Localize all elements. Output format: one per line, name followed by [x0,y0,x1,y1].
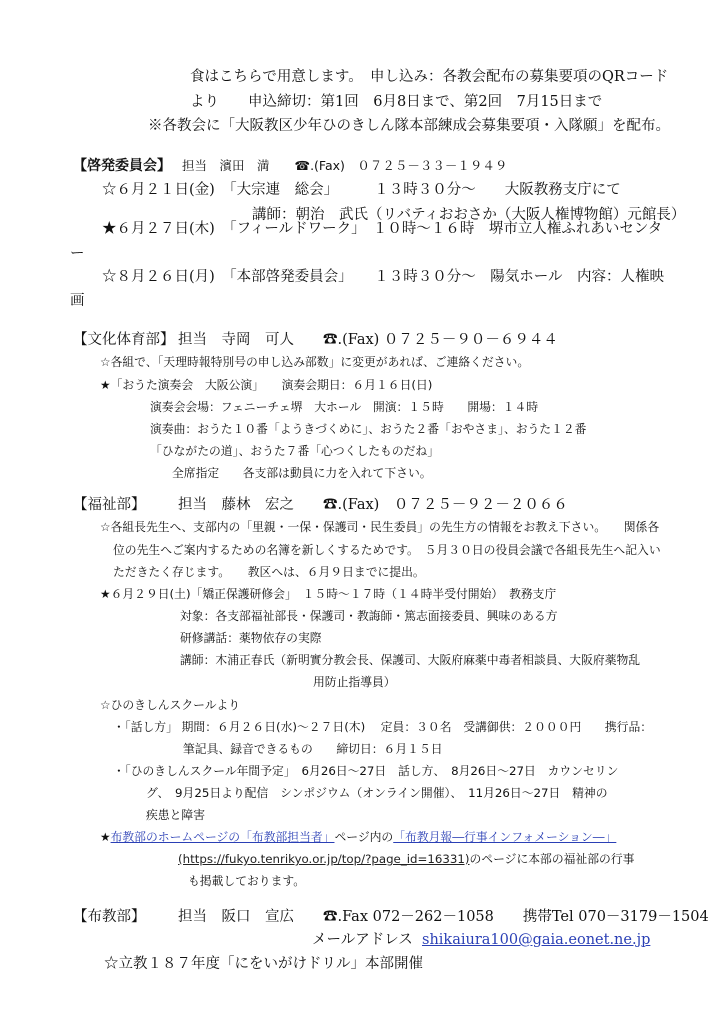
bunka-item: 全席指定 各支部は動員に力を入れて下さい。 [172,468,432,480]
homepage-url[interactable]: (https://fukyo.tenrikyo.or.jp/top/?page_… [178,852,470,866]
fukushi-item: 位の先生へご案内するための名簿を新しくするためです。 ５月３０日の役員会議で各組… [113,545,661,557]
section-title: 【福祉部】 [73,498,146,513]
section-title: 【啓発委員会】 [73,159,171,173]
intro-line-2: より 申込締切：第1回 6月8日まで、第2回 7月15日まで [190,95,602,110]
fukushi-item: 疾患と障害 [146,810,205,822]
fukushi-item: ★６月２９日(土)「矯正保護研修会」 １５時～１７時（１４時半受付開始） 教務支… [100,589,556,601]
bunka-item: ★「おうた演奏会 大阪公演」 演奏会期日：６月１６日(日) [100,380,432,392]
email-label: メールアドレス [312,932,413,948]
fukushi-item: ・「ひのきしんスクール年間予定」 6月26日～27日 話し方、 8月26日～27… [113,766,618,778]
contact-line: 担当 藤林 宏之 ☎.(Fax) ０７２５－９２－２０６６ [178,498,568,513]
star-bullet: ★ [100,830,111,844]
fukushi-item: ・「話し方」 期間：６月２６日(水)～２７日(木) 定員：３０名 受講御供：２０… [113,722,652,734]
homepage-line: ★布教部のホームページの「布教部担当者」ページ内の「布教月報―行事インフォメーシ… [100,832,616,844]
fukushi-item: ただきたく存じます。 教区へは、６月９日までに提出。 [113,567,425,579]
intro-line-3: ※各教会に「大阪教区少年ひのきしん隊本部練成会募集要項・入隊願」を配布。 [148,119,670,134]
event-item: 画 [70,294,85,309]
intro-line-1: 食はこちらで用意します。 申し込み：各教会配布の募集要項のQRコード [190,70,668,85]
fukushi-item: ☆各組長先生へ、支部内の「里親・一保・保護司・民生委員」の先生方の情報をお教え下… [100,522,659,534]
fukushi-item: ☆ひのきしんスクールより [100,700,240,712]
bunka-item: 演奏曲：おうた１０番「ようきづくめに」、おうた２番「おやさま」、おうた１２番 [150,424,586,436]
homepage-last-line: も掲載しております。 [188,876,305,888]
fukyo-monthly-info-link[interactable]: 「布教月報―行事インフォメーション―」 [393,830,616,844]
fukushi-item: 研修講話：薬物依存の実際 [180,633,322,645]
contact-line: 担当 濱田 満 ☎.(Fax) ０７２５－３３－１９４９ [182,160,507,173]
event-item: ★６月２７日(木) 「フィールドワーク」 １０時～１６時 堺市立人権ふれあいセン… [102,222,662,237]
fukushi-item: 対象：各支部福祉部長・保護司・教誨師・篤志面接委員、興味のある方 [180,611,558,623]
bunka-item: 「ひながたの道」、おうた７番「心つくしたものだね」 [150,446,439,458]
contact-line: 担当 阪口 宣広 ☎.Fax 072－262－1058 携帯Tel 070－31… [178,910,709,925]
event-item: ☆８月２６日(月) 「本部啓発委員会」 １３時３０分～ 陽気ホール 内容：人権映 [102,270,664,285]
bunka-item: ☆各組で、「天理時報特別号の申し込み部数」に変更があれば、ご連絡ください。 [100,357,529,369]
fukushi-item: 講師：木浦正春氏（新明實分教会長、保護司、大阪府麻薬中毒者相談員、大阪府薬物乱 [180,655,640,667]
event-item: ☆６月２１日(金) 「大宗連 総会」 １３時３０分～ 大阪教務支庁にて [102,183,621,198]
homepage-mid-text: ページ内の [334,830,393,844]
fukyo-item: ☆立教１８７年度「にをいがけドリル」本部開催 [104,957,423,972]
bunka-item: 演奏会会場：フェニーチェ堺 大ホール 開演：１５時 開場：１４時 [150,402,538,414]
url-after-text: のページに本部の福祉部の行事 [470,852,635,866]
fukyo-staff-page-link[interactable]: 布教部のホームページの「布教部担当者」 [111,830,335,844]
section-title: 【布教部】 [73,910,146,925]
email-link[interactable]: shikaiura100@gaia.eonet.ne.jp [422,932,650,948]
section-title: 【文化体育部】 [73,333,175,348]
url-line: (https://fukyo.tenrikyo.or.jp/top/?page_… [178,854,634,866]
email-line: メールアドレス shikaiura100@gaia.eonet.ne.jp [312,933,650,948]
event-item: ー [70,247,85,262]
fukushi-item: 用防止指導員） [313,677,396,689]
fukushi-item: 筆記具、録音できるもの 締切日：６月１５日 [183,744,443,756]
contact-line: 担当 寺岡 可人 ☎.(Fax) ０７２５－９０－６９４４ [178,333,558,348]
fukushi-item: グ、 9月25日より配信 シンポジウム（オンライン開催）、 11月26日～27日… [146,788,608,800]
